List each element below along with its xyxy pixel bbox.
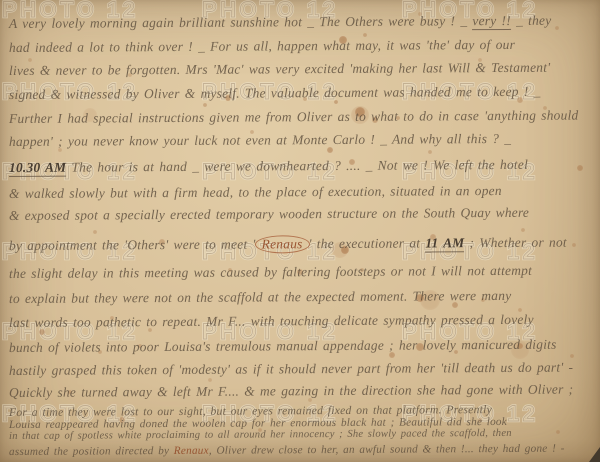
manuscript-page: PHOTO 12PHOTO 12PHOTO 12PHOTO 12PHOTO 12… xyxy=(0,0,600,462)
handwriting-segment: A very lovely morning again brilliant su… xyxy=(9,13,472,31)
handwriting-line: & exposed spot a specially erected tempo… xyxy=(9,205,529,224)
handwriting-line: to explain but they were not on the scaf… xyxy=(9,288,511,307)
handwriting-segment: ; Whether or not xyxy=(464,235,567,251)
handwriting-line: Quickly she turned away & left Mr F.... … xyxy=(9,382,573,401)
handwriting-line: lives & never to be forgotten. Mrs 'Mac'… xyxy=(9,60,550,79)
handwriting-segment: The hour is at hand _ were we downhearte… xyxy=(66,157,528,175)
handwriting-line: in that cap of spotless white proclaimin… xyxy=(9,428,512,442)
handwriting-line: had indeed a lot to think over ! _ For u… xyxy=(9,37,515,56)
handwriting-segment-dark-underline: 10.30 AM xyxy=(9,160,66,177)
handwriting-segment: happen' ; you never know your luck not e… xyxy=(9,131,511,149)
handwriting-segment: ' the executioner at xyxy=(309,235,426,251)
handwriting-line: bunch of violets into poor Louisa's trem… xyxy=(9,337,557,356)
handwriting-segment: assumed the position directed by xyxy=(9,445,174,458)
handwriting-segment: bunch of violets into poor Louisa's trem… xyxy=(9,337,557,355)
handwriting-segment: had indeed a lot to think over ! _ For u… xyxy=(9,37,515,55)
handwriting-line: & walked slowly but with a firm head, to… xyxy=(9,183,502,202)
handwriting-segment-red-circled: Renaus xyxy=(255,235,310,253)
handwriting-segment-dark-underline: 11 AM xyxy=(425,235,464,252)
handwriting-segment-underline: very !! xyxy=(472,13,511,30)
handwriting-segment: hastily grasped this token of 'modesty' … xyxy=(9,360,573,378)
handwriting-line: happen' ; you never know your luck not e… xyxy=(9,131,511,150)
handwriting-line: assumed the position directed by Renaux,… xyxy=(9,443,565,458)
handwriting-segment: signed & witnessed by Oliver & myself. T… xyxy=(9,84,541,102)
handwriting-line: Further I had special instructions given… xyxy=(9,108,579,127)
handwriting-line: last words too pathetic to repeat. Mr F.… xyxy=(9,312,534,331)
handwriting-segment: the slight delay in this meeting was cau… xyxy=(9,263,532,281)
handwriting-segment: & walked slowly but with a firm head, to… xyxy=(9,183,502,201)
handwriting-segment: by appointment the 'Others' were to meet… xyxy=(9,236,256,253)
handwriting-segment: last words too pathetic to repeat. Mr F.… xyxy=(9,312,534,330)
handwriting-segment: , Oliver drew close to her, an awful sou… xyxy=(209,443,565,457)
handwritten-text: A very lovely morning again brilliant su… xyxy=(0,0,600,462)
handwriting-segment: lives & never to be forgotten. Mrs 'Mac'… xyxy=(9,60,550,78)
handwriting-line: the slight delay in this meeting was cau… xyxy=(9,263,532,282)
handwriting-segment: Further I had special instructions given… xyxy=(9,108,579,126)
handwriting-line: 10.30 AM The hour is at hand _ were we d… xyxy=(9,157,528,176)
handwriting-segment: in that cap of spotless white proclaimin… xyxy=(9,428,512,442)
handwriting-segment: _ they xyxy=(511,13,552,28)
handwriting-line: by appointment the 'Others' were to meet… xyxy=(9,235,567,254)
handwriting-segment-red: Renaux xyxy=(174,445,209,457)
handwriting-line: A very lovely morning again brilliant su… xyxy=(9,13,551,32)
handwriting-line: hastily grasped this token of 'modesty' … xyxy=(9,360,573,379)
handwriting-segment: & exposed spot a specially erected tempo… xyxy=(9,205,529,223)
handwriting-line: signed & witnessed by Oliver & myself. T… xyxy=(9,84,541,103)
handwriting-segment: Quickly she turned away & left Mr F.... … xyxy=(9,382,573,400)
handwriting-segment: to explain but they were not on the scaf… xyxy=(9,288,511,306)
